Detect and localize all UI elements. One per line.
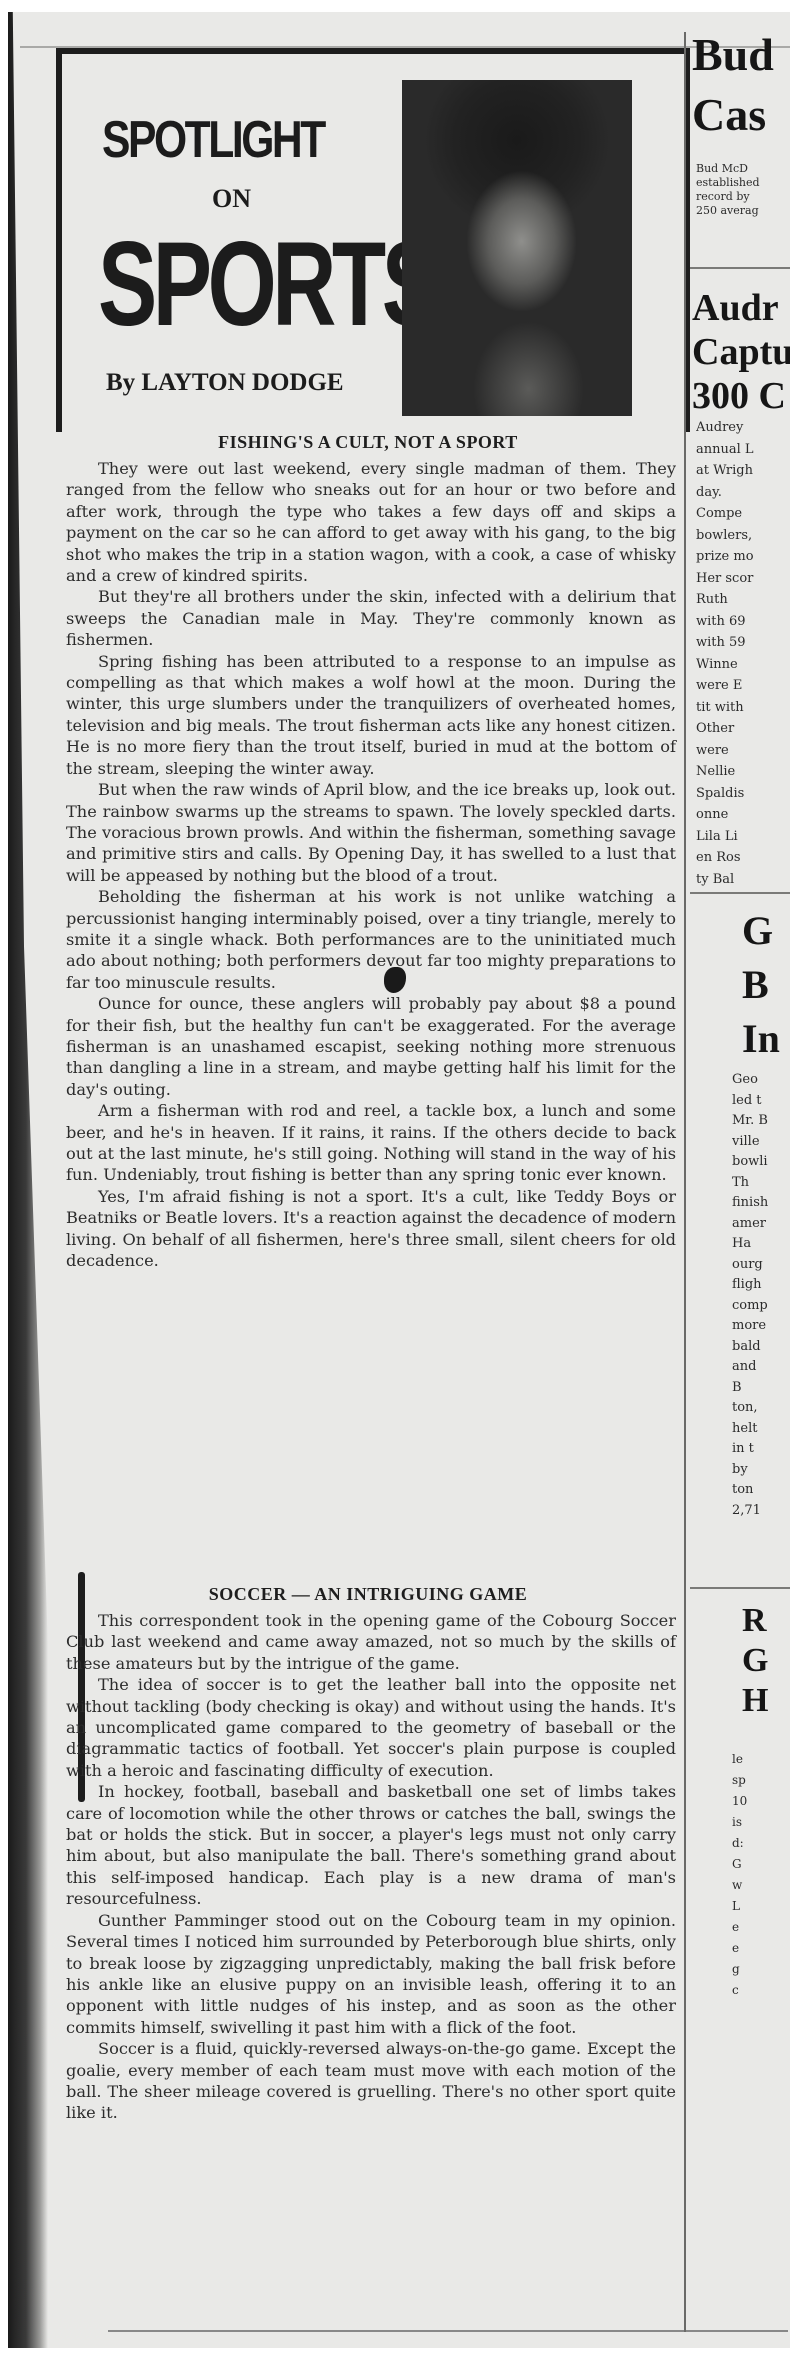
story-separator (690, 267, 790, 269)
right-text-fragment: ville (732, 1134, 800, 1149)
right-headline-fragment: H (742, 1682, 800, 1720)
right-text-fragment: were (696, 743, 794, 758)
right-text-fragment: with 59 (696, 635, 794, 650)
right-headline-fragment: B (742, 961, 800, 1008)
right-text-fragment: 10 (732, 1794, 800, 1808)
right-text-fragment: by (732, 1462, 800, 1477)
right-text-fragment: Audrey (696, 420, 794, 435)
right-text-fragment: w (732, 1878, 800, 1892)
story-separator (690, 1587, 790, 1589)
right-text-fragment: ton, (732, 1400, 800, 1415)
right-text-fragment: en Ros (696, 850, 794, 865)
right-text-fragment: e (732, 1941, 800, 1955)
right-text-fragment: d: (732, 1836, 800, 1850)
right-headline-fragment: Audr (692, 286, 790, 330)
right-text-fragment: 250 averag (696, 204, 794, 217)
right-text-fragment: onne (696, 807, 794, 822)
right-text-fragment: ty Bal (696, 872, 794, 887)
right-text-fragment: Ha (732, 1236, 800, 1251)
right-headline-fragment: G (742, 907, 800, 954)
right-text-fragment: Spaldis (696, 786, 794, 801)
right-text-fragment: more (732, 1318, 800, 1333)
right-text-fragment: Other (696, 721, 794, 736)
right-text-fragment: Lila Li (696, 829, 794, 844)
right-text-fragment: led t (732, 1093, 800, 1108)
right-text-fragment: tit with (696, 700, 794, 715)
right-text-fragment: Geo (732, 1072, 800, 1087)
right-headline-fragment: Cas (692, 88, 790, 141)
right-text-fragment: at Wrigh (696, 463, 794, 478)
right-text-fragment: were E (696, 678, 794, 693)
right-text-fragment: helt (732, 1421, 800, 1436)
right-text-fragment: prize mo (696, 549, 794, 564)
paragraph: The idea of soccer is to get the leather… (66, 1674, 676, 1781)
right-text-fragment: 2,71 (732, 1503, 800, 1518)
right-headline-fragment: R (742, 1602, 800, 1640)
right-text-fragment: Ruth (696, 592, 794, 607)
right-text-fragment: Nellie (696, 764, 794, 779)
byline: By LAYTON DODGE (106, 369, 344, 397)
right-text-fragment: sp (732, 1773, 800, 1787)
right-text-fragment: Winne (696, 657, 794, 672)
right-headline-fragment: Captu (692, 330, 790, 374)
right-headline-fragment: In (742, 1015, 800, 1062)
right-headline-fragment: Bud (692, 28, 790, 81)
right-text-fragment: with 69 (696, 614, 794, 629)
column-masthead: SPOTLIGHT ON SPORTS By LAYTON DODGE (56, 48, 690, 432)
paragraph: But they're all brothers under the skin,… (66, 586, 676, 650)
right-text-fragment: G (732, 1857, 800, 1871)
right-text-fragment: annual L (696, 442, 794, 457)
newspaper-page: SPOTLIGHT ON SPORTS By LAYTON DODGE FISH… (8, 12, 790, 2348)
right-text-fragment: L (732, 1899, 800, 1913)
paragraph: Beholding the fisherman at his work is n… (66, 886, 676, 993)
headline-soccer: SOCCER — AN INTRIGUING GAME (68, 1584, 668, 1605)
right-text-fragment: Mr. B (732, 1113, 800, 1128)
article-soccer-body: This correspondent took in the opening g… (66, 1610, 676, 2124)
headline-fishing: FISHING'S A CULT, NOT A SPORT (68, 432, 668, 453)
right-text-fragment: finish (732, 1195, 800, 1210)
right-text-fragment: ourg (732, 1257, 800, 1272)
paragraph: Yes, I'm afraid fishing is not a sport. … (66, 1186, 676, 1272)
article-fishing-body: They were out last weekend, every single… (66, 458, 676, 1271)
right-text-fragment: e (732, 1920, 800, 1934)
right-text-fragment: Th (732, 1175, 800, 1190)
paragraph: Ounce for ounce, these anglers will prob… (66, 993, 676, 1100)
masthead-sports: SPORTS (98, 224, 436, 344)
right-text-fragment: fligh (732, 1277, 800, 1292)
paragraph: In hockey, football, baseball and basket… (66, 1781, 676, 1909)
paragraph: Arm a fisherman with rod and reel, a tac… (66, 1100, 676, 1186)
right-text-fragment: comp (732, 1298, 800, 1313)
paragraph: Spring fishing has been attributed to a … (66, 651, 676, 779)
right-text-fragment: Her scor (696, 571, 794, 586)
story-separator (690, 892, 790, 894)
masthead-spotlight: SPOTLIGHT (102, 110, 324, 170)
right-text-fragment: le (732, 1752, 800, 1766)
right-headline-fragment: G (742, 1642, 800, 1680)
right-text-fragment: Bud McD (696, 162, 794, 175)
right-text-fragment: c (732, 1983, 800, 1997)
columnist-portrait-photo (402, 80, 632, 416)
right-text-fragment: day. (696, 485, 794, 500)
right-text-fragment: bowlers, (696, 528, 794, 543)
right-text-fragment: in t (732, 1441, 800, 1456)
paragraph: This correspondent took in the opening g… (66, 1610, 676, 1674)
paragraph: Gunther Pamminger stood out on the Cobou… (66, 1910, 676, 2038)
paragraph: But when the raw winds of April blow, an… (66, 779, 676, 886)
right-text-fragment: is (732, 1815, 800, 1829)
right-text-fragment: Compe (696, 506, 794, 521)
right-text-fragment: bald (732, 1339, 800, 1354)
right-text-fragment: bowli (732, 1154, 800, 1169)
right-headline-fragment: 300 C (692, 374, 790, 418)
right-text-fragment: g (732, 1962, 800, 1976)
right-text-fragment: established (696, 176, 794, 189)
paragraph: Soccer is a fluid, quickly-reversed alwa… (66, 2038, 676, 2124)
bottom-rule (108, 2330, 788, 2332)
right-text-fragment: amer (732, 1216, 800, 1231)
right-text-fragment: record by (696, 190, 794, 203)
right-text-fragment: ton (732, 1482, 800, 1497)
binding-gutter-shadow (8, 12, 48, 2348)
right-text-fragment: B (732, 1380, 800, 1395)
column-divider (684, 32, 686, 2332)
right-text-fragment: and (732, 1359, 800, 1374)
masthead-on: ON (212, 184, 251, 214)
paragraph: They were out last weekend, every single… (66, 458, 676, 586)
